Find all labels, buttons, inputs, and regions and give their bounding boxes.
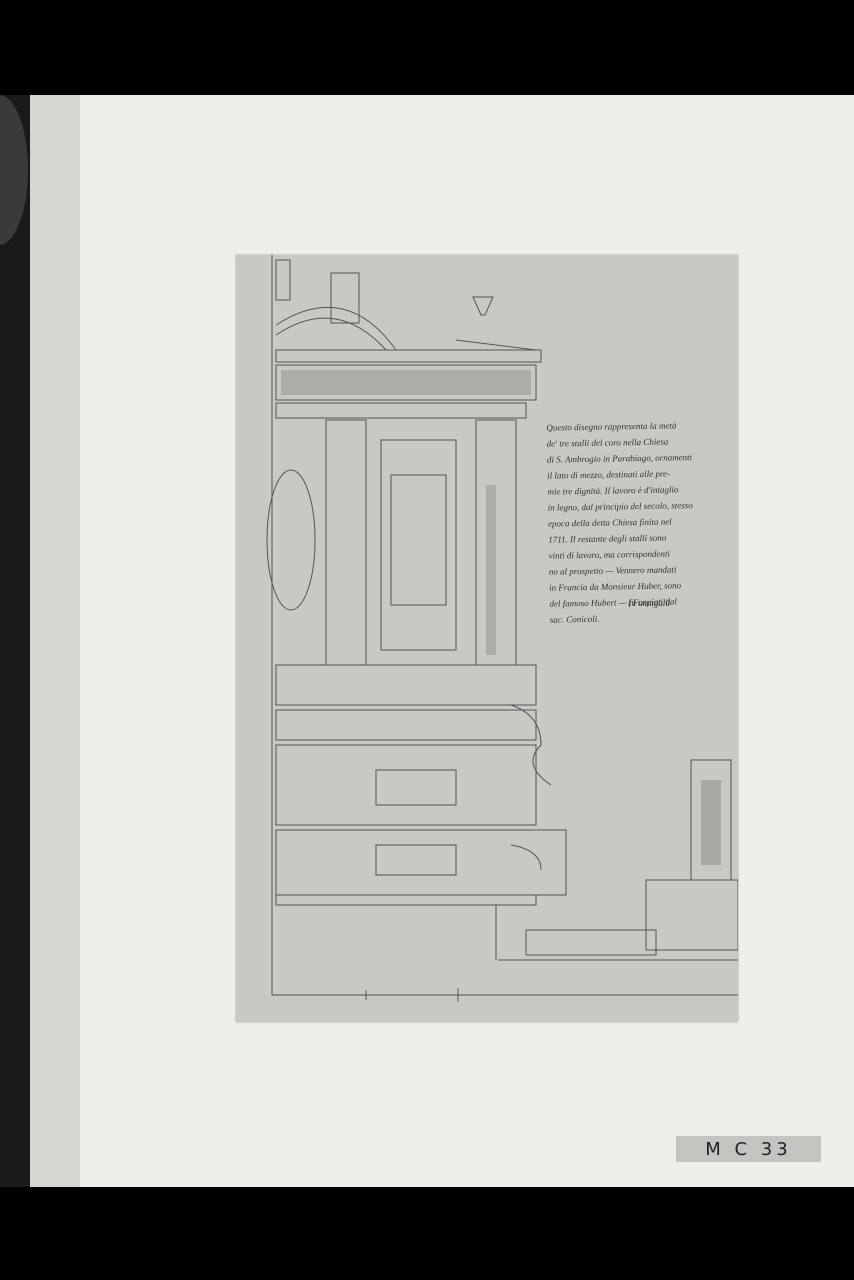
handwritten-note: Questo disegno rappresenta la metà de' t… <box>546 416 740 627</box>
signature: i Fumagalli <box>628 598 670 608</box>
catalog-label: M C 33 <box>676 1136 821 1162</box>
note-line: sac. Conicoli. <box>550 608 740 627</box>
film-edge <box>0 95 30 1187</box>
film-border-bottom <box>0 1187 854 1280</box>
architectural-elevation <box>236 255 738 1022</box>
mount-band <box>30 95 80 1187</box>
drawing-sheet <box>236 255 738 1022</box>
